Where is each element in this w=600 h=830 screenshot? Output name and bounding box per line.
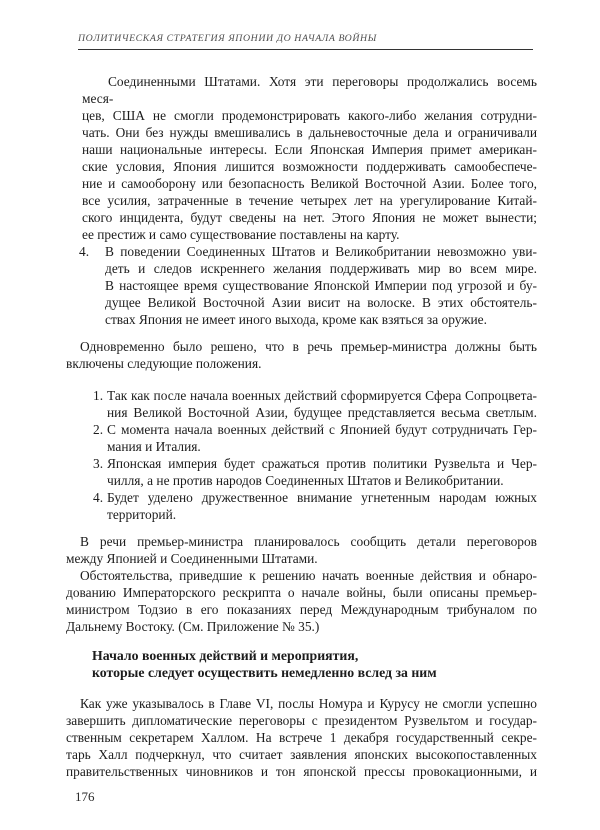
book-page: ПОЛИТИЧЕСКАЯ СТРАТЕГИЯ ЯПОНИИ ДО НАЧАЛА … [0,0,600,830]
list-item-3-continuation: Соединенными Штатами. Хотя эти переговор… [66,73,537,243]
running-header: ПОЛИТИЧЕСКАЯ СТРАТЕГИЯ ЯПОНИИ ДО НАЧАЛА … [78,33,533,50]
list-item-number: 4. [93,489,103,506]
text-line: В поведении Соединенных Штатов и Великоб… [66,243,537,260]
list-item: 2.С момента начала военных действий с Яп… [66,421,537,455]
text-line: правительственных чиновников и тон японс… [66,763,537,780]
text-line: Как уже указывалось в Главе VI, послы Но… [66,695,537,712]
text-line: деть и следов искреннего желания поддерж… [66,260,537,277]
text-line: Одновременно было решено, что в речь пре… [66,338,537,355]
text-line: В речи премьер-министра планировалось со… [66,533,537,550]
section-heading: Начало военных действий и мероприятия,ко… [92,647,537,681]
text-line: которые следует осуществить немедленно в… [92,664,537,681]
text-line: чилля, а не против народов Соединенных Ш… [66,472,537,489]
list-item: 1.Так как после начала военных действий … [66,387,537,421]
text-line: дущее Великой Восточной Азии висит на во… [66,294,537,311]
page-body: Соединенными Штатами. Хотя эти переговор… [0,50,600,780]
text-line: завершить дипломатические переговоры с п… [66,712,537,729]
text-line: Дальнему Востоку. (См. Приложение № 35.) [66,618,537,635]
text-line: мания и Италия. [66,438,537,455]
text-line: ского инцидента, будут сведены на нет. Э… [66,209,537,226]
text-line: В настоящее время существование Японской… [66,277,537,294]
text-line: ские условия, Япония лишится возможности… [66,158,537,175]
text-line: наши национальные интересы. Если Японска… [66,141,537,158]
text-line: Обстоятельства, приведшие к решению нача… [66,567,537,584]
list-item-4: 4.В поведении Соединенных Штатов и Велик… [66,243,537,328]
text-line: министром Тодзио в его показаниях перед … [66,601,537,618]
text-line: территорий. [66,506,537,523]
text-line: ствах Япония не имеет иного выхода, кром… [66,311,537,328]
text-line: тарь Халл подчеркнул, что считает заявле… [66,746,537,763]
text-line: С момента начала военных действий с Япон… [66,421,537,438]
text-line: Соединенными Штатами. Хотя эти переговор… [66,73,537,107]
text-line: между Японией и Соединенными Штатами. [66,550,537,567]
text-line: Японская империя будет сражаться против … [66,455,537,472]
paragraph-tojo-testimony: Обстоятельства, приведшие к решению нача… [66,567,537,635]
text-line: Так как после начала военных действий сф… [66,387,537,404]
page-number: 176 [75,789,600,805]
text-line: дованию Императорского рескрипта о начал… [66,584,537,601]
text-line: ние и самооборону или безопасность Велик… [66,175,537,192]
text-line: цев, США не смогли продемонстрировать ка… [66,107,537,124]
list-item: 4.Будет уделено дружественное внимание у… [66,489,537,523]
text-line: ния Великой Восточной Азии, будущее пред… [66,404,537,421]
list-item-number: 3. [93,455,103,472]
text-line: Начало военных действий и мероприятия, [92,647,537,664]
provisions-list: 1.Так как после начала военных действий … [66,387,537,523]
text-line: включены следующие положения. [66,355,537,372]
text-line: все усилия, затраченные в течение четыре… [66,192,537,209]
paragraph-premier-speech-decision: Одновременно было решено, что в речь пре… [66,338,537,372]
text-line: Будет уделено дружественное внимание угн… [66,489,537,506]
list-item-number: 2. [93,421,103,438]
running-header-title: ПОЛИТИЧЕСКАЯ СТРАТЕГИЯ ЯПОНИИ ДО НАЧАЛА … [78,33,533,44]
list-item: 3.Японская империя будет сражаться проти… [66,455,537,489]
list-item-number: 4. [79,243,89,260]
paragraph-speech-details: В речи премьер-министра планировалось со… [66,533,537,567]
text-line: ственным секретарем Халлом. На встрече 1… [66,729,537,746]
list-item-number: 1. [93,387,103,404]
text-line: чать. Они без нужды вмешивались в дальне… [66,124,537,141]
paragraph-hull-meeting: Как уже указывалось в Главе VI, послы Но… [66,695,537,780]
text-line: ее престиж и само существование поставле… [66,226,537,243]
